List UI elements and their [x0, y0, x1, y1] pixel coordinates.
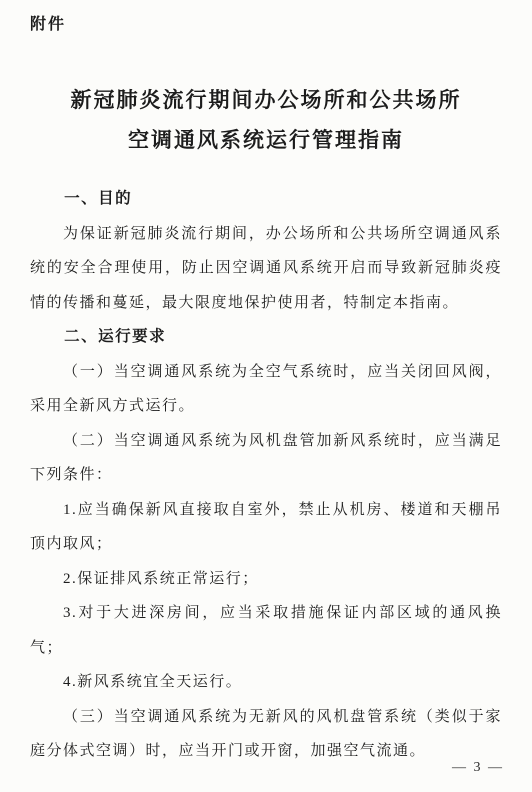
requirement-item-1: （一）当空调通风系统为全空气系统时，应当关闭回风阀，采用全新风方式运行。 — [30, 355, 502, 424]
purpose-paragraph: 为保证新冠肺炎流行期间，办公场所和公共场所空调通风系统的安全合理使用，防止因空调… — [30, 217, 502, 321]
document-title-line-2: 空调通风系统运行管理指南 — [128, 128, 404, 152]
section-heading-purpose: 一、目的 — [30, 182, 502, 217]
document-title: 新冠肺炎流行期间办公场所和公共场所 空调通风系统运行管理指南 — [30, 80, 502, 160]
document-body: 一、目的 为保证新冠肺炎流行期间，办公场所和公共场所空调通风系统的安全合理使用，… — [30, 182, 502, 769]
document-title-line-1: 新冠肺炎流行期间办公场所和公共场所 — [71, 88, 462, 112]
attachment-label: 附件 — [30, 14, 502, 36]
requirement-condition-1: 1.应当确保新风直接取自室外，禁止从机房、楼道和天棚吊顶内取风； — [30, 493, 502, 562]
document-page: 附件 新冠肺炎流行期间办公场所和公共场所 空调通风系统运行管理指南 一、目的 为… — [0, 0, 532, 792]
requirement-condition-3: 3.对于大进深房间，应当采取措施保证内部区域的通风换气； — [30, 596, 502, 665]
requirement-condition-2: 2.保证排风系统正常运行； — [30, 562, 502, 597]
requirement-condition-4: 4.新风系统宜全天运行。 — [30, 665, 502, 700]
requirement-item-3: （三）当空调通风系统为无新风的风机盘管系统（类似于家庭分体式空调）时，应当开门或… — [30, 700, 502, 769]
requirement-item-2: （二）当空调通风系统为风机盘管加新风系统时，应当满足下列条件： — [30, 424, 502, 493]
section-heading-requirements: 二、运行要求 — [30, 320, 502, 355]
page-number: — 3 — — [452, 760, 504, 776]
